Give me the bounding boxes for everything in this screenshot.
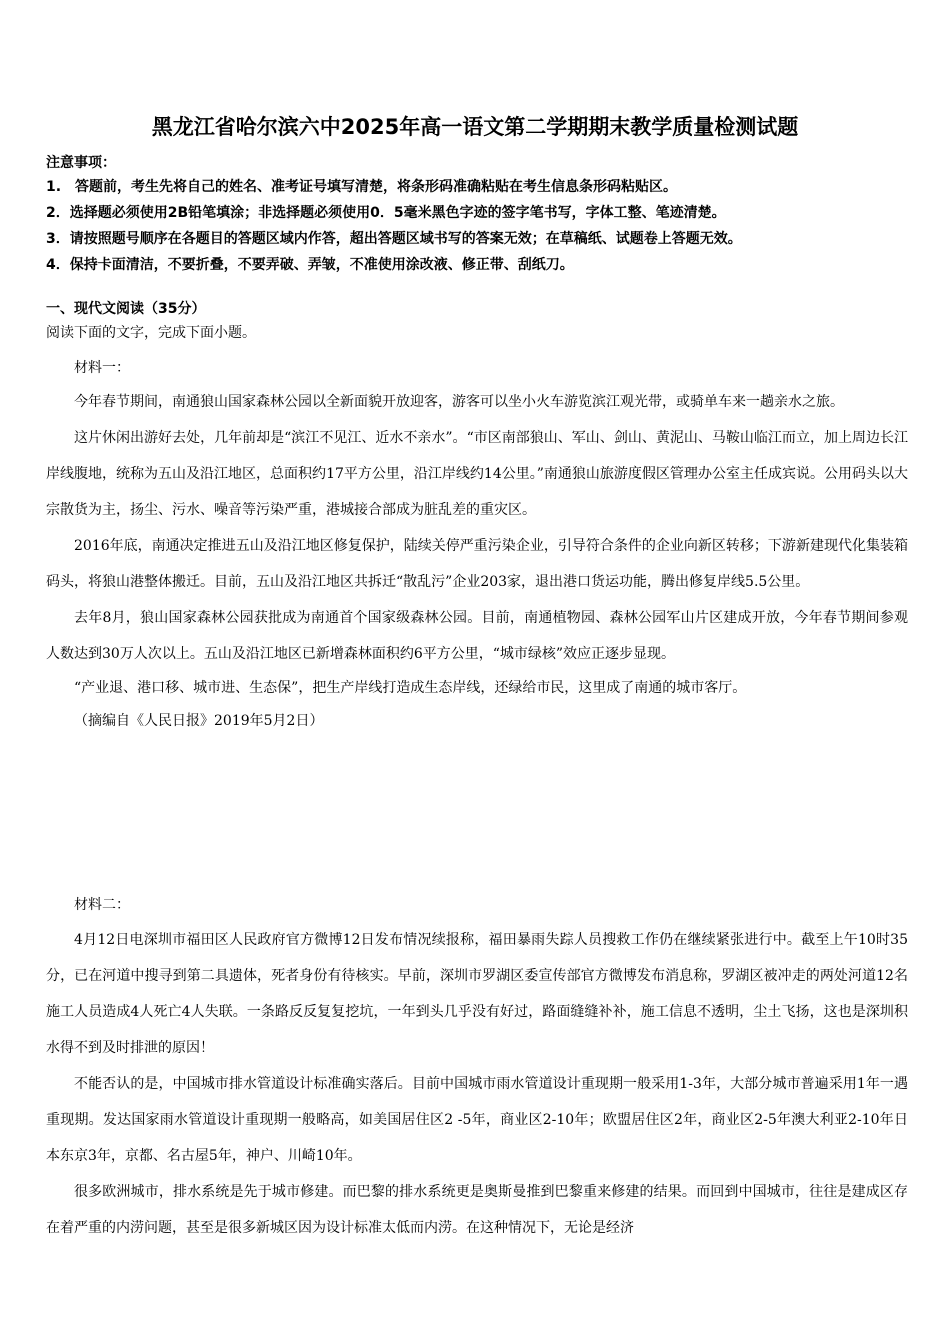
section-instruction: 阅读下面的文字，完成下面小题。 xyxy=(46,322,256,344)
material-label: 材料二： xyxy=(46,888,908,922)
notice-block: 注意事项： 1. 答题前，考生先将自己的姓名、准考证号填写清楚，将条形码准确粘贴… xyxy=(46,152,926,278)
paragraph: 2016年底，南通决定推进五山及沿江地区修复保护，陆续关停严重污染企业，引导符合… xyxy=(46,528,908,600)
notice-item: 4．保持卡面清洁，不要折叠，不要弄破、弄皱，不准使用涂改液、修正带、刮纸刀。 xyxy=(46,252,926,278)
exam-page: 黑龙江省哈尔滨六中2025年高一语文第二学期期末教学质量检测试题 注意事项： 1… xyxy=(0,0,950,1344)
notice-item: 3．请按照题号顺序在各题目的答题区域内作答，超出答题区域书写的答案无效；在草稿纸… xyxy=(46,226,926,252)
paragraph: 不能否认的是，中国城市排水管道设计标准确实落后。目前中国城市雨水管道设计重现期一… xyxy=(46,1066,908,1174)
material-two: 材料二： 4月12日电深圳市福田区人民政府官方微博12日发布情况续报称，福田暴雨… xyxy=(46,888,908,1246)
notice-item: 1. 答题前，考生先将自己的姓名、准考证号填写清楚，将条形码准确粘贴在考生信息条… xyxy=(46,174,926,200)
section-title: 一、现代文阅读（35分） xyxy=(46,298,205,320)
paragraph: 这片休闲出游好去处，几年前却是“滨江不见江、近水不亲水”。“市区南部狼山、军山、… xyxy=(46,420,908,528)
exam-title: 黑龙江省哈尔滨六中2025年高一语文第二学期期末教学质量检测试题 xyxy=(0,112,950,142)
notice-item: 2．选择题必须使用2B铅笔填涂；非选择题必须使用0．5毫米黑色字迹的签字笔书写，… xyxy=(46,200,926,226)
source-citation: （摘编自《人民日报》2019年5月2日） xyxy=(46,705,908,738)
paragraph: 4月12日电深圳市福田区人民政府官方微博12日发布情况续报称，福田暴雨失踪人员搜… xyxy=(46,922,908,1066)
material-one: 材料一： 今年春节期间，南通狼山国家森林公园以全新面貌开放迎客，游客可以坐小火车… xyxy=(46,352,908,738)
paragraph: “产业退、港口移、城市进、生态保”，把生产岸线打造成生态岸线，还绿给市民，这里成… xyxy=(46,672,908,705)
material-label: 材料一： xyxy=(46,352,908,384)
notice-heading: 注意事项： xyxy=(46,152,926,174)
paragraph: 今年春节期间，南通狼山国家森林公园以全新面貌开放迎客，游客可以坐小火车游览滨江观… xyxy=(46,384,908,420)
paragraph: 很多欧洲城市，排水系统是先于城市修建。而巴黎的排水系统更是奥斯曼推到巴黎重来修建… xyxy=(46,1174,908,1246)
paragraph: 去年8月，狼山国家森林公园获批成为南通首个国家级森林公园。目前，南通植物园、森林… xyxy=(46,600,908,672)
